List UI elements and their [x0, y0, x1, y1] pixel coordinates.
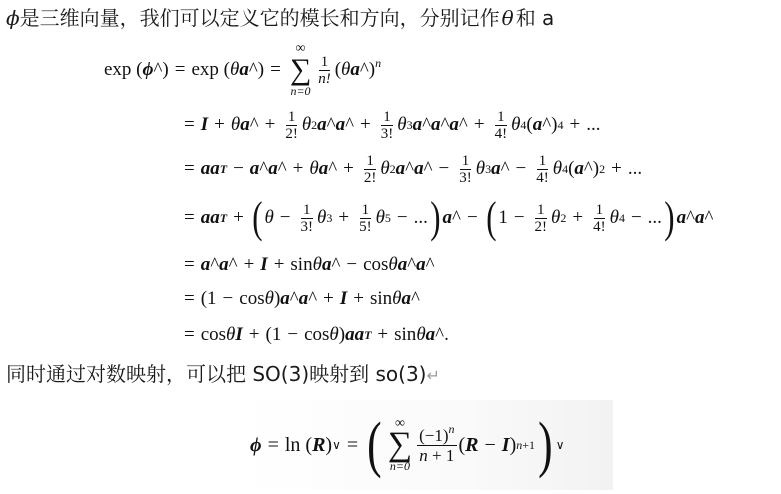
derivation-row-4: =aaT+ (θ− 13!θ3+ 15!θ5−...) a^− (1− 12!θ… — [178, 194, 713, 242]
log-map-line: 同时通过对数映射，可以把 SO(3)映射到 so(3)↵ — [6, 362, 440, 388]
and-text: 和 — [516, 6, 536, 30]
derivation-row-3: =aaT−a^a^+θa^+ 12!θ2a^a^− 13!θ3a^− 14!θ4… — [178, 148, 642, 190]
phi-symbol: ϕ — [6, 6, 20, 30]
derivation-row-1: exp (ϕ^) = exp (θa^) = ∞∑n=0 1n! (θa^)n — [104, 40, 381, 100]
theta-symbol: θ — [502, 6, 514, 30]
sum-symbol: ∞∑n=0 — [290, 42, 311, 98]
log-map-text: 同时通过对数映射，可以把 SO(3)映射到 so(3) — [6, 362, 426, 386]
intro-text: 是三维向量，我们可以定义它的模长和方向，分别记作 — [20, 6, 500, 30]
derivation-row-7: =cos θI+(1−cos θ)aaT+sin θa^. — [178, 322, 449, 348]
log-formula: ϕ=ln (R)∨= ( ∞∑n=0 (−1)nn + 1 (R−I)n+1 )… — [250, 404, 565, 486]
derivation-row-5: =a^a^+I+sin θa^−cos θa^a^ — [178, 252, 435, 278]
derivation-row-6: =(1−cos θ)a^a^+I+sin θa^ — [178, 286, 420, 312]
intro-line: ϕ是三维向量，我们可以定义它的模长和方向，分别记作θ和 a — [6, 6, 554, 30]
lhs-exp-phi: exp (ϕ^) — [104, 59, 169, 81]
a-symbol: a — [542, 6, 554, 30]
derivation-row-2: =I+θa^+ 12!θ2a^a^+ 13!θ3a^a^a^+ 14!θ4(a^… — [178, 104, 600, 146]
return-mark-icon: ↵ — [426, 366, 439, 385]
